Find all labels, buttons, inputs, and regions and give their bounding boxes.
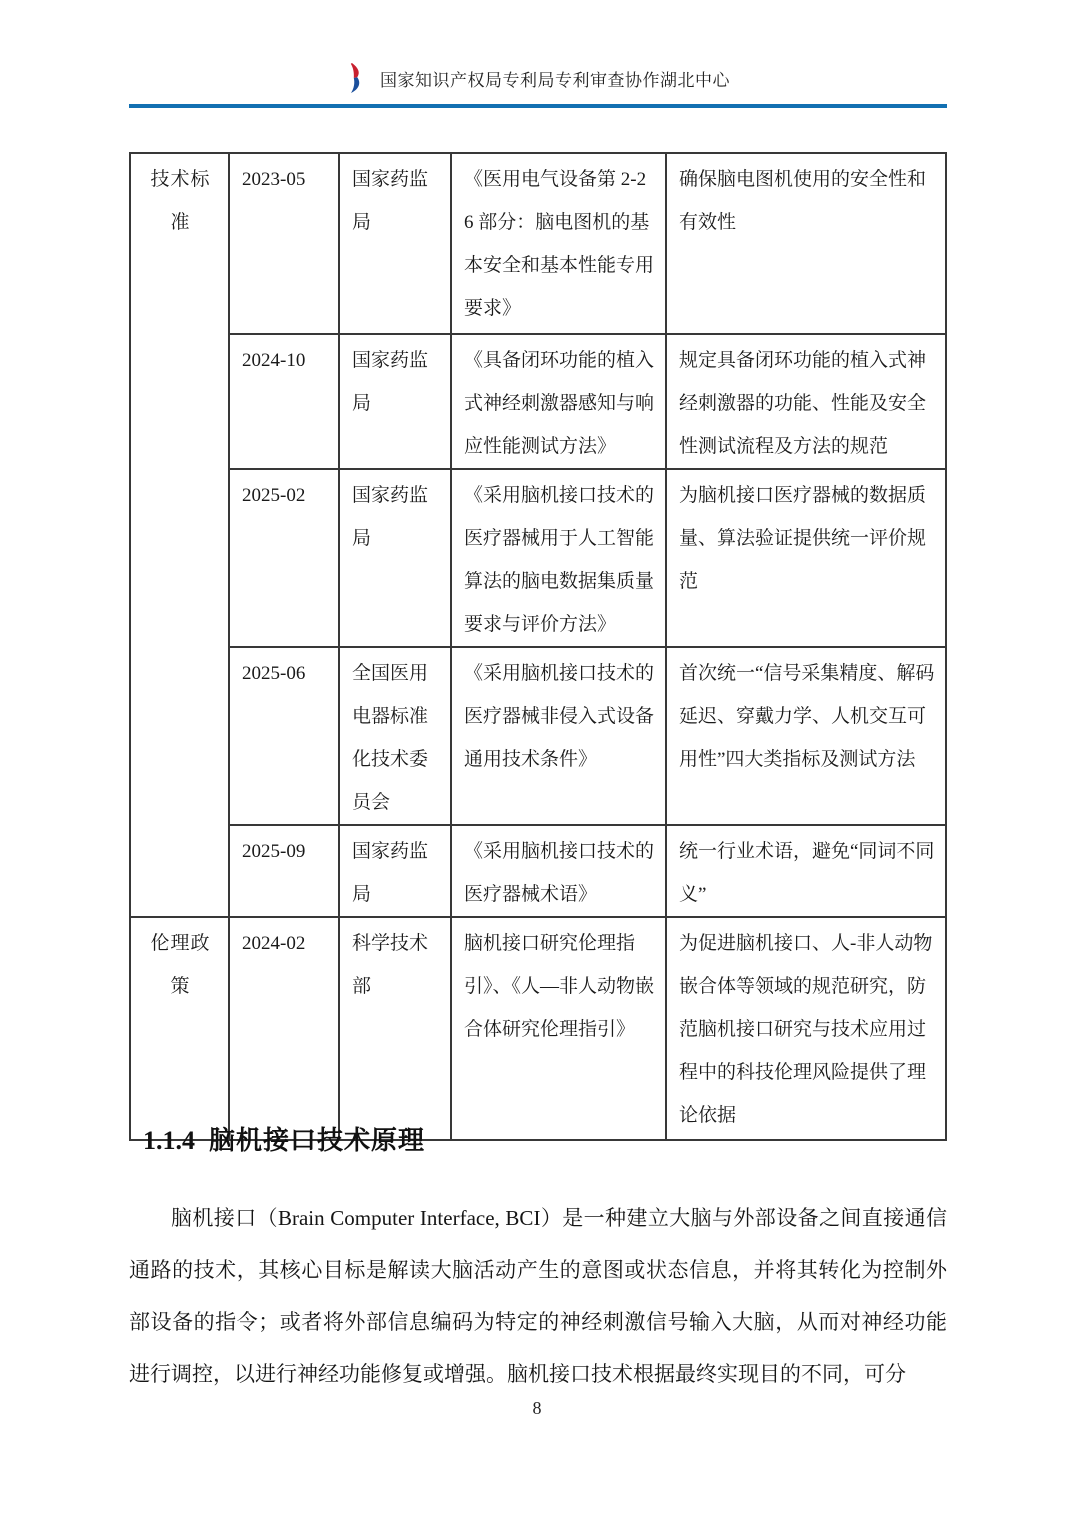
date-cell: 2025-06 (229, 647, 339, 825)
agency-cell: 国家药监局 (339, 825, 451, 917)
document-cell: 《医用电气设备第 2-26 部分：脑电图机的基本安全和基本性能专用要求》 (451, 153, 666, 334)
section-number: 1.1.4 (143, 1126, 195, 1155)
table-row: 2025-09 国家药监局 《采用脑机接口技术的医疗器械术语》 统一行业术语，避… (130, 825, 946, 917)
cnipa-logo-icon (344, 62, 364, 94)
header-rule (129, 104, 947, 108)
agency-cell: 国家药监局 (339, 469, 451, 647)
agency-cell: 科学技术部 (339, 917, 451, 1140)
table-row: 2025-02 国家药监局 《采用脑机接口技术的医疗器械用于人工智能算法的脑电数… (130, 469, 946, 647)
table-row: 伦理政策 2024-02 科学技术部 脑机接口研究伦理指引》、《人—非人动物嵌合… (130, 917, 946, 1140)
date-cell: 2023-05 (229, 153, 339, 334)
document-cell: 《采用脑机接口技术的医疗器械术语》 (451, 825, 666, 917)
agency-cell: 全国医用电器标准化技术委员会 (339, 647, 451, 825)
document-page: 国家知识产权局专利局专利审查协作湖北中心 技术标准 2023-05 国家药监局 … (0, 0, 1074, 1520)
bci-standards-table: 技术标准 2023-05 国家药监局 《医用电气设备第 2-26 部分：脑电图机… (129, 152, 947, 1141)
table-row: 2024-10 国家药监局 《具备闭环功能的植入式神经刺激器感知与响应性能测试方… (130, 334, 946, 469)
document-cell: 《具备闭环功能的植入式神经刺激器感知与响应性能测试方法》 (451, 334, 666, 469)
page-number: 8 (0, 1398, 1074, 1419)
date-cell: 2024-10 (229, 334, 339, 469)
description-cell: 统一行业术语，避免“同词不同义” (666, 825, 946, 917)
page-header: 国家知识产权局专利局专利审查协作湖北中心 (0, 62, 1074, 94)
header-title: 国家知识产权局专利局专利审查协作湖北中心 (380, 66, 730, 91)
document-cell: 脑机接口研究伦理指引》、《人—非人动物嵌合体研究伦理指引》 (451, 917, 666, 1140)
category-cell-ethics: 伦理政策 (130, 917, 229, 1140)
description-cell: 规定具备闭环功能的植入式神经刺激器的功能、性能及安全性测试流程及方法的规范 (666, 334, 946, 469)
section-heading: 1.1.4脑机接口技术原理 (143, 1120, 425, 1157)
section-title: 脑机接口技术原理 (209, 1125, 425, 1155)
description-cell: 为促进脑机接口、人-非人动物嵌合体等领域的规范研究，防范脑机接口研究与技术应用过… (666, 917, 946, 1140)
date-cell: 2025-02 (229, 469, 339, 647)
date-cell: 2024-02 (229, 917, 339, 1140)
body-paragraph: 脑机接口（Brain Computer Interface, BCI）是一种建立… (129, 1192, 947, 1400)
description-cell: 首次统一“信号采集精度、解码延迟、穿戴力学、人机交互可用性”四大类指标及测试方法 (666, 647, 946, 825)
date-cell: 2025-09 (229, 825, 339, 917)
table-row: 2025-06 全国医用电器标准化技术委员会 《采用脑机接口技术的医疗器械非侵入… (130, 647, 946, 825)
document-cell: 《采用脑机接口技术的医疗器械用于人工智能算法的脑电数据集质量要求与评价方法》 (451, 469, 666, 647)
description-cell: 确保脑电图机使用的安全性和有效性 (666, 153, 946, 334)
agency-cell: 国家药监局 (339, 334, 451, 469)
agency-cell: 国家药监局 (339, 153, 451, 334)
description-cell: 为脑机接口医疗器械的数据质量、算法验证提供统一评价规范 (666, 469, 946, 647)
document-cell: 《采用脑机接口技术的医疗器械非侵入式设备通用技术条件》 (451, 647, 666, 825)
category-cell-standards: 技术标准 (130, 153, 229, 917)
table-row: 技术标准 2023-05 国家药监局 《医用电气设备第 2-26 部分：脑电图机… (130, 153, 946, 334)
